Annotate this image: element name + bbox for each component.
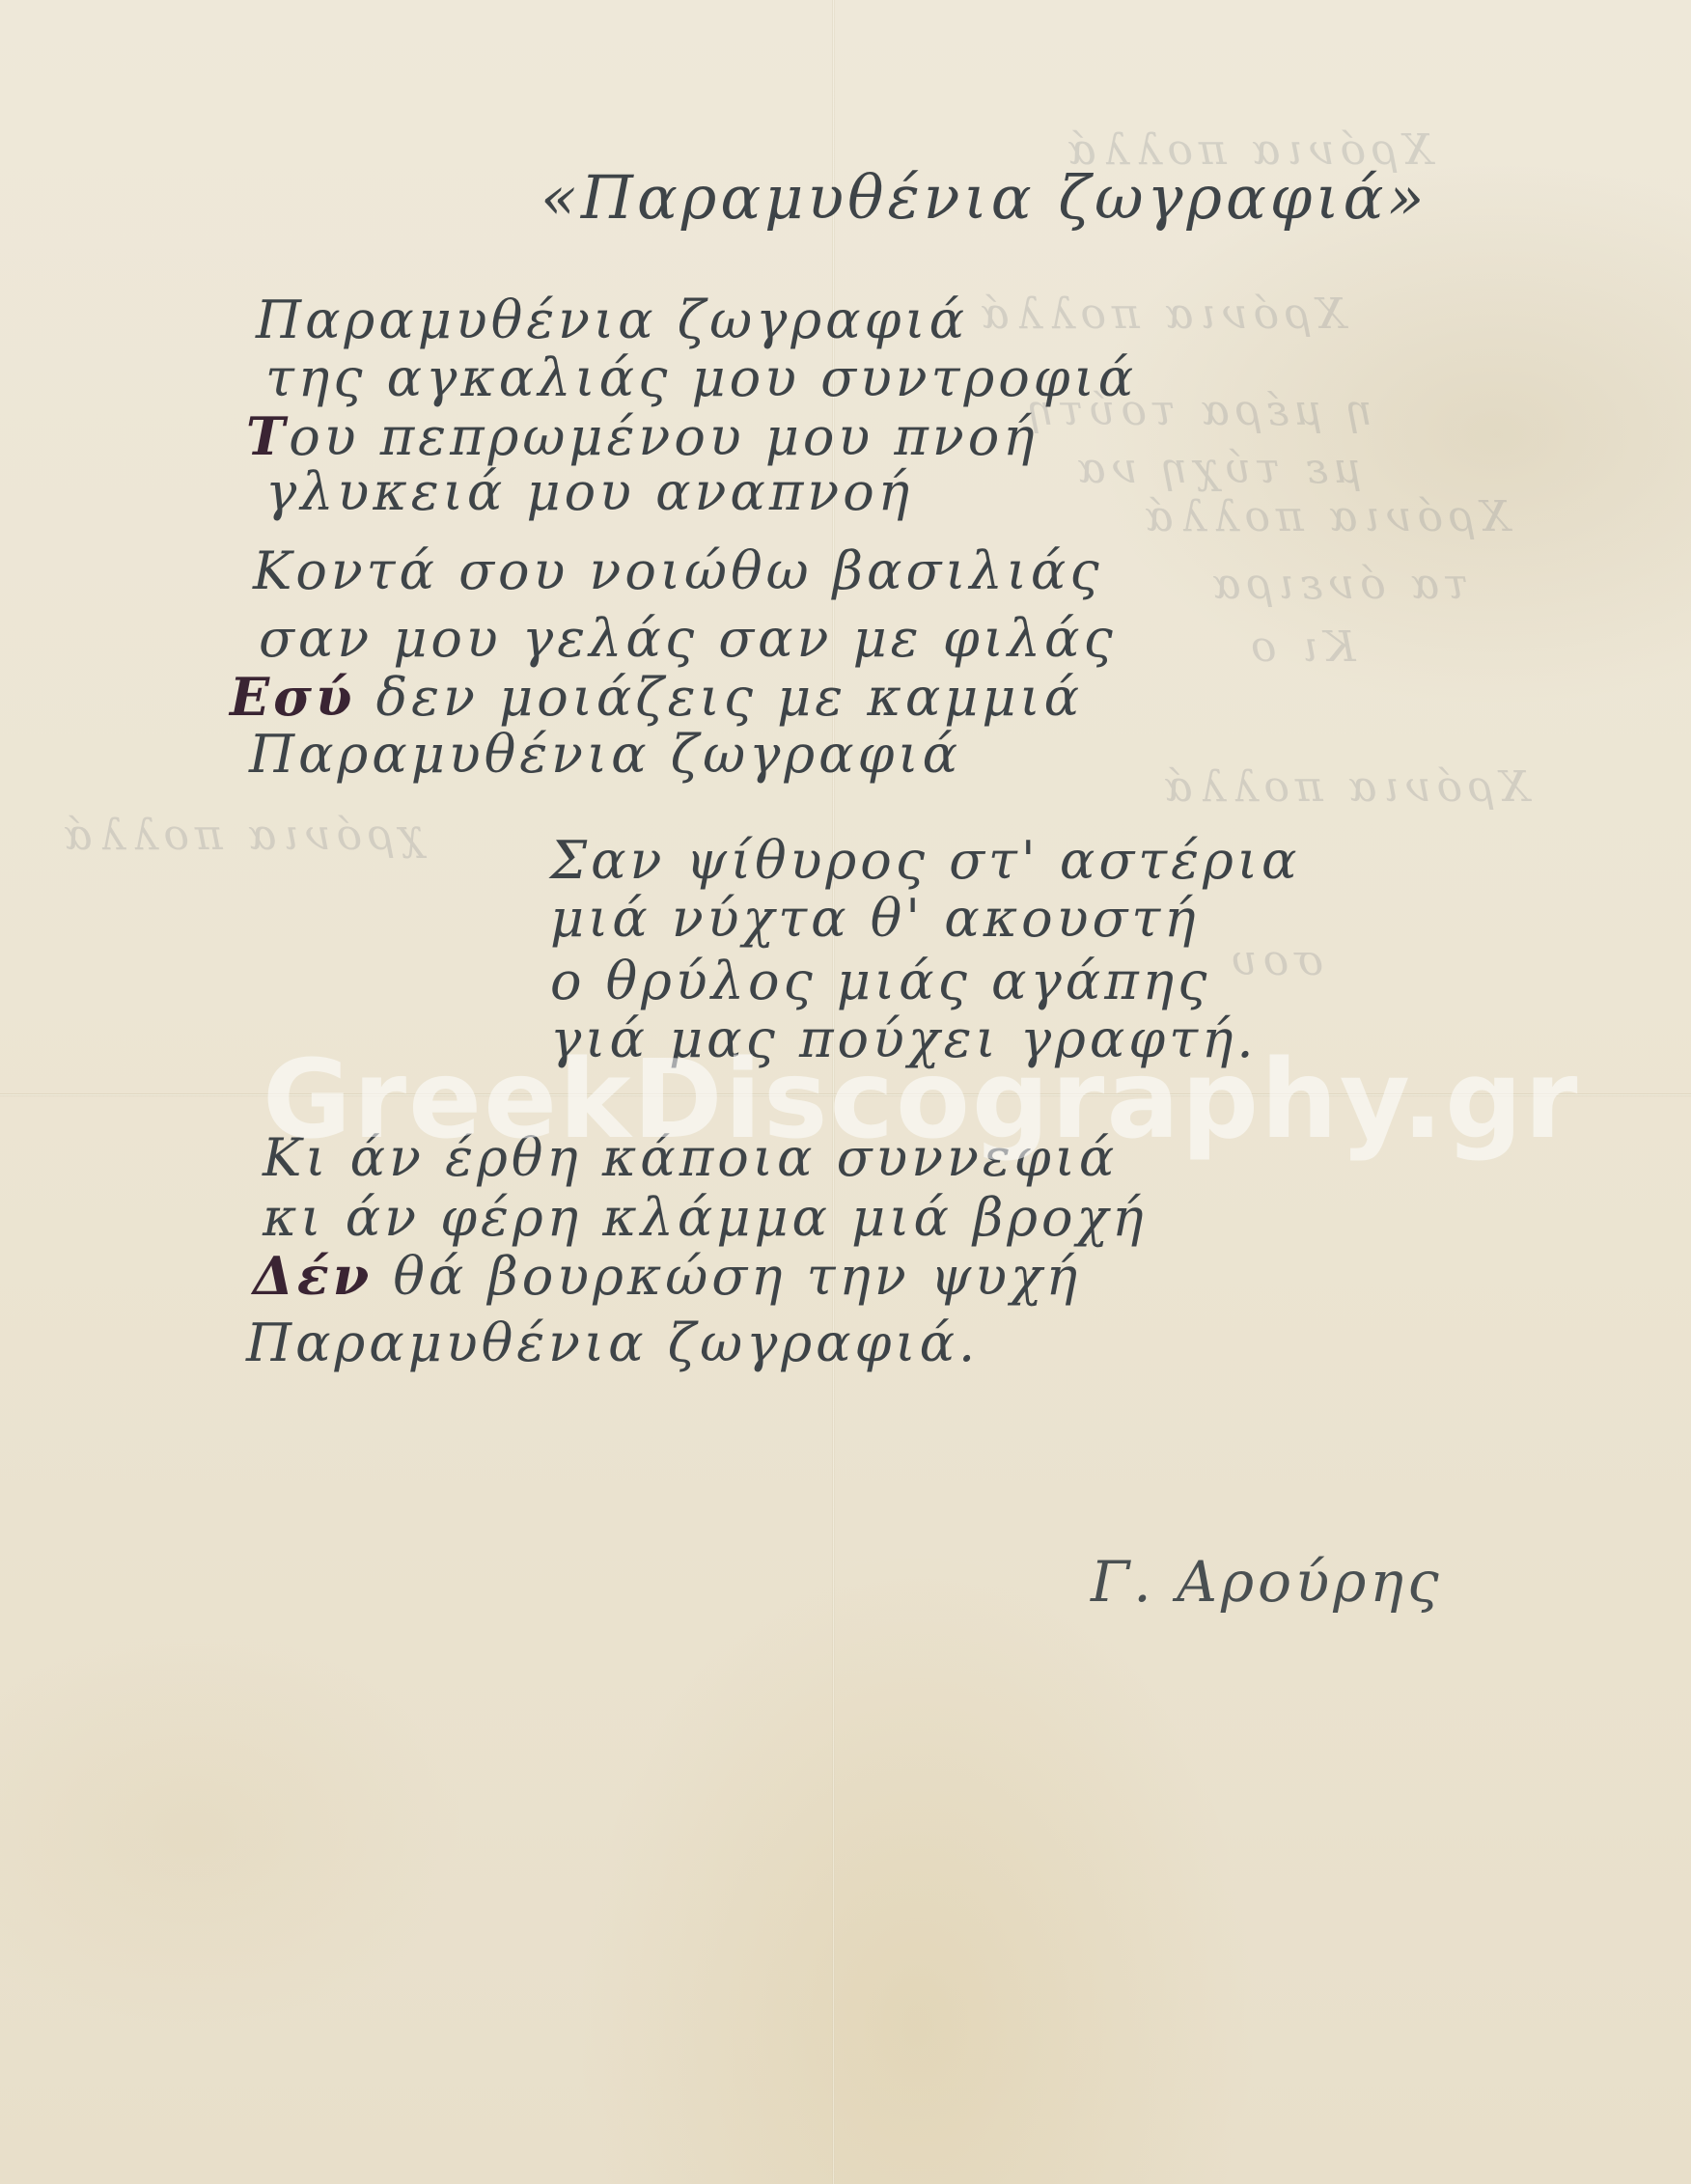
author-signature: Γ. Αρούρης — [1091, 1549, 1443, 1615]
lyric-line: της αγκαλιάς μου συντροφιά — [265, 347, 1137, 408]
lyric-line: Παραμυθένια ζωγραφιά — [249, 724, 961, 785]
lyric-line: Του πεπρωμένου μου πνοή — [246, 405, 1039, 467]
bleed-line: Χρόνια πολλά — [975, 290, 1345, 339]
lyric-line: Δέν θά βουρκώση την ψυχή — [253, 1245, 1081, 1307]
lyric-line: κι άν φέρη κλάμμα μιά βροχή — [263, 1187, 1148, 1248]
accent-word: Δέν — [253, 1245, 373, 1307]
lyric-line: Παραμυθένια ζωγραφιά. — [246, 1313, 979, 1373]
site-watermark: GreekDiscography.gr — [263, 1037, 1580, 1163]
lyric-line: Κοντά σου νοιώθω βασιλιάς — [253, 540, 1103, 601]
bleed-line: Χρόνια πολλά — [1139, 492, 1510, 541]
lyric-line: Παραμυθένια ζωγραφιά — [256, 290, 968, 350]
lyric-line: Σαν ψίθυρος στ' αστέρια — [550, 830, 1300, 891]
bleed-line: σου — [1226, 936, 1323, 985]
lyric-line: σαν μου γελάς σαν με φιλάς — [259, 608, 1117, 669]
bleed-line: με τύχη να — [1071, 444, 1362, 493]
lyric-line: Εσύ δεν μοιάζεις με καμμιά — [230, 666, 1083, 728]
bleed-line: Κι ο — [1245, 622, 1356, 672]
accent-word: Εσύ — [230, 666, 355, 728]
bleed-line: τα όνειρα — [1206, 560, 1469, 609]
lyric-line: γλυκειά μου αναπνοή — [265, 461, 913, 522]
manuscript-sheet: Χρόνια πολλά Χρόνια πολλά η μέρα τούτη μ… — [0, 0, 1691, 2184]
accent-initial: Τ — [246, 405, 289, 467]
lyric-line: μιά νύχτα θ' ακουστή — [550, 888, 1200, 949]
bleed-line: χρόνια πολλά — [58, 811, 425, 860]
bleed-line: Χρόνια πολλά — [1158, 762, 1529, 812]
lyric-line: ο θρύλος μιάς αγάπης — [550, 951, 1210, 1011]
lyrics-title: «Παραμυθένια ζωγραφιά» — [541, 162, 1428, 233]
